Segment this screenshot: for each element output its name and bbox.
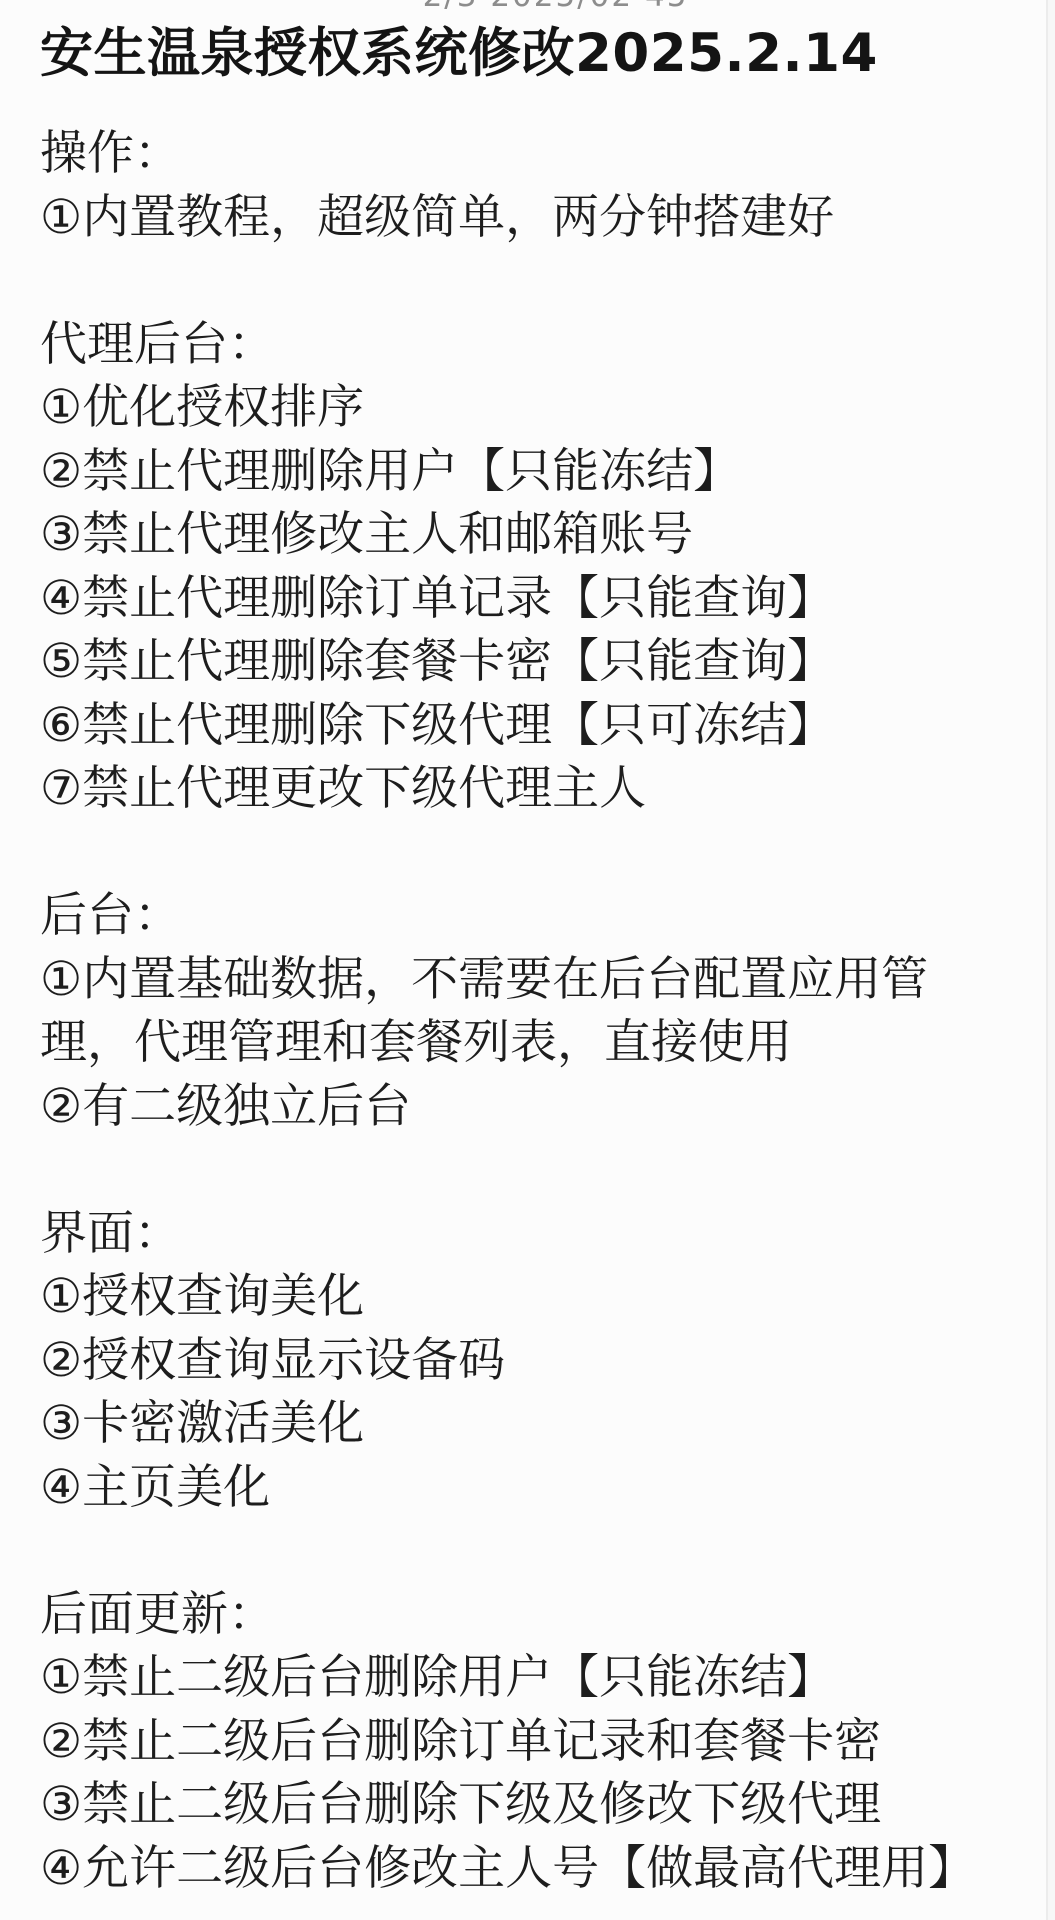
screenshot-root: 2/3 2025/02 45 安生温泉授权系统修改2025.2.14 操作：①内… [0,0,1055,1920]
note-line: ②授权查询显示设备码 [40,1329,972,1393]
note-line: ②禁止代理删除用户【只能冻结】 [40,440,972,504]
note-line: ①内置基础数据，不需要在后台配置应用管理，代理管理和套餐列表，直接使用 [40,948,972,1075]
note-line: ③禁止二级后台删除下级及修改下级代理 [40,1773,972,1837]
note-line: ②有二级独立后台 [40,1075,972,1139]
right-edge-strip [1048,0,1055,1920]
note-line: ⑦禁止代理更改下级代理主人 [40,757,972,821]
note-line: ①授权查询美化 [40,1265,972,1329]
section-heading: 操作： [40,122,972,186]
note-line: ①内置教程，超级简单，两分钟搭建好 [40,186,972,250]
note-section: 操作：①内置教程，超级简单，两分钟搭建好 [40,122,972,249]
note-line: ①优化授权排序 [40,376,972,440]
note-line: ①禁止二级后台删除用户【只能冻结】 [40,1646,972,1710]
note-line: ④允许二级后台修改主人号【做最高代理用】 [40,1837,972,1901]
screen-edge-line [1046,0,1048,1920]
note-line: ③卡密激活美化 [40,1392,972,1456]
page-title: 安生温泉授权系统修改2025.2.14 [40,21,1055,87]
note-line: ⑤禁止代理删除套餐卡密【只能查询】 [40,630,972,694]
note-line: ③禁止代理修改主人和邮箱账号 [40,503,972,567]
note-section: 代理后台：①优化授权排序②禁止代理删除用户【只能冻结】③禁止代理修改主人和邮箱账… [40,313,972,821]
note-document: 安生温泉授权系统修改2025.2.14 操作：①内置教程，超级简单，两分钟搭建好… [0,0,1055,1900]
note-body: 操作：①内置教程，超级简单，两分钟搭建好代理后台：①优化授权排序②禁止代理删除用… [40,122,972,1900]
note-section: 后面更新：①禁止二级后台删除用户【只能冻结】②禁止二级后台删除订单记录和套餐卡密… [40,1583,972,1901]
section-heading: 界面： [40,1202,972,1266]
section-heading: 后台： [40,884,972,948]
note-line: ④禁止代理删除订单记录【只能查询】 [40,567,972,631]
note-line: ②禁止二级后台删除订单记录和套餐卡密 [40,1710,972,1774]
note-line: ④主页美化 [40,1456,972,1520]
section-heading: 后面更新： [40,1583,972,1647]
note-line: ⑥禁止代理删除下级代理【只可冻结】 [40,694,972,758]
section-heading: 代理后台： [40,313,972,377]
note-section: 后台：①内置基础数据，不需要在后台配置应用管理，代理管理和套餐列表，直接使用②有… [40,884,972,1138]
note-section: 界面：①授权查询美化②授权查询显示设备码③卡密激活美化④主页美化 [40,1202,972,1520]
